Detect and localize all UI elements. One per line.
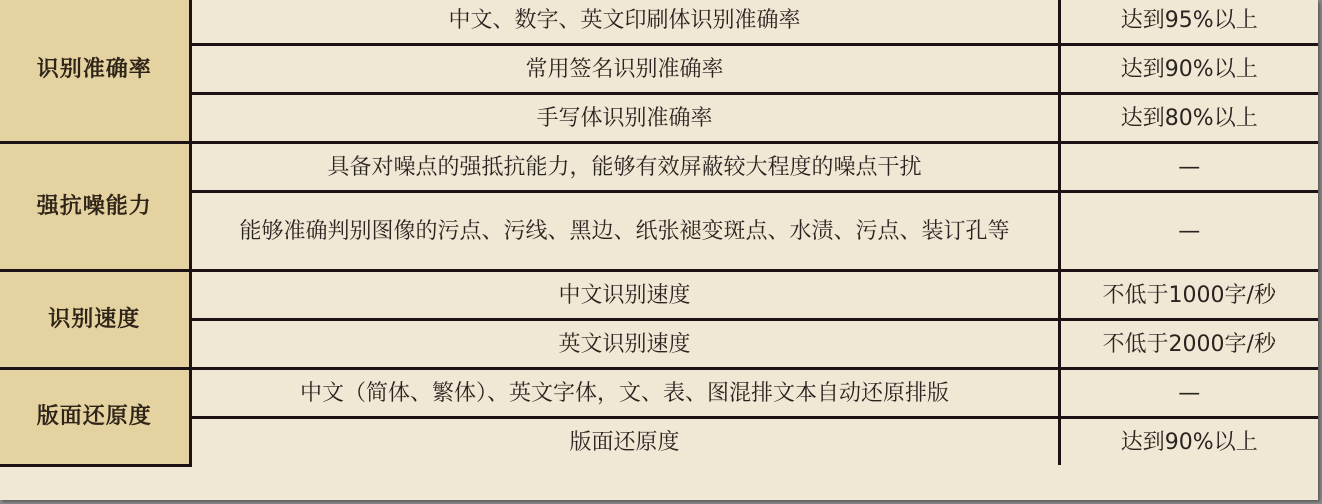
value-cell: 不低于1000字/秒 xyxy=(1059,271,1318,320)
table-row: 能够准确判别图像的污点、污线、黑边、纸张褪变斑点、水渍、污点、装订孔等 — xyxy=(0,192,1318,271)
value-cell: 达到80%以上 xyxy=(1059,94,1318,143)
value-cell: — xyxy=(1059,369,1318,418)
item-cell: 版面还原度 xyxy=(190,418,1059,466)
category-cell-accuracy: 识别准确率 xyxy=(0,0,190,143)
spec-table-frame: 识别准确率 中文、数字、英文印刷体识别准确率 达到95%以上 常用签名识别准确率… xyxy=(0,0,1318,500)
value-cell: — xyxy=(1059,143,1318,192)
table-row: 手写体识别准确率 达到80%以上 xyxy=(0,94,1318,143)
item-cell: 常用签名识别准确率 xyxy=(190,45,1059,94)
category-cell-speed: 识别速度 xyxy=(0,271,190,369)
category-cell-layout-restoration: 版面还原度 xyxy=(0,369,190,466)
item-cell: 中文、数字、英文印刷体识别准确率 xyxy=(190,0,1059,45)
item-cell: 中文（简体、繁体）、英文字体，文、表、图混排文本自动还原排版 xyxy=(190,369,1059,418)
value-cell: 不低于2000字/秒 xyxy=(1059,320,1318,369)
table-row: 常用签名识别准确率 达到90%以上 xyxy=(0,45,1318,94)
table-row: 识别速度 中文识别速度 不低于1000字/秒 xyxy=(0,271,1318,320)
table-row: 版面还原度 达到90%以上 xyxy=(0,418,1318,466)
table-row: 识别准确率 中文、数字、英文印刷体识别准确率 达到95%以上 xyxy=(0,0,1318,45)
value-cell: 达到90%以上 xyxy=(1059,45,1318,94)
category-cell-noise-resistance: 强抗噪能力 xyxy=(0,143,190,271)
value-cell: — xyxy=(1059,192,1318,271)
item-cell: 具备对噪点的强抵抗能力，能够有效屏蔽较大程度的噪点干扰 xyxy=(190,143,1059,192)
item-cell: 英文识别速度 xyxy=(190,320,1059,369)
item-cell: 手写体识别准确率 xyxy=(190,94,1059,143)
value-cell: 达到95%以上 xyxy=(1059,0,1318,45)
table-row: 版面还原度 中文（简体、繁体）、英文字体，文、表、图混排文本自动还原排版 — xyxy=(0,369,1318,418)
value-cell: 达到90%以上 xyxy=(1059,418,1318,466)
ocr-spec-table: 识别准确率 中文、数字、英文印刷体识别准确率 达到95%以上 常用签名识别准确率… xyxy=(0,0,1318,467)
table-row: 英文识别速度 不低于2000字/秒 xyxy=(0,320,1318,369)
table-row: 强抗噪能力 具备对噪点的强抵抗能力，能够有效屏蔽较大程度的噪点干扰 — xyxy=(0,143,1318,192)
item-cell: 中文识别速度 xyxy=(190,271,1059,320)
item-cell: 能够准确判别图像的污点、污线、黑边、纸张褪变斑点、水渍、污点、装订孔等 xyxy=(190,192,1059,271)
